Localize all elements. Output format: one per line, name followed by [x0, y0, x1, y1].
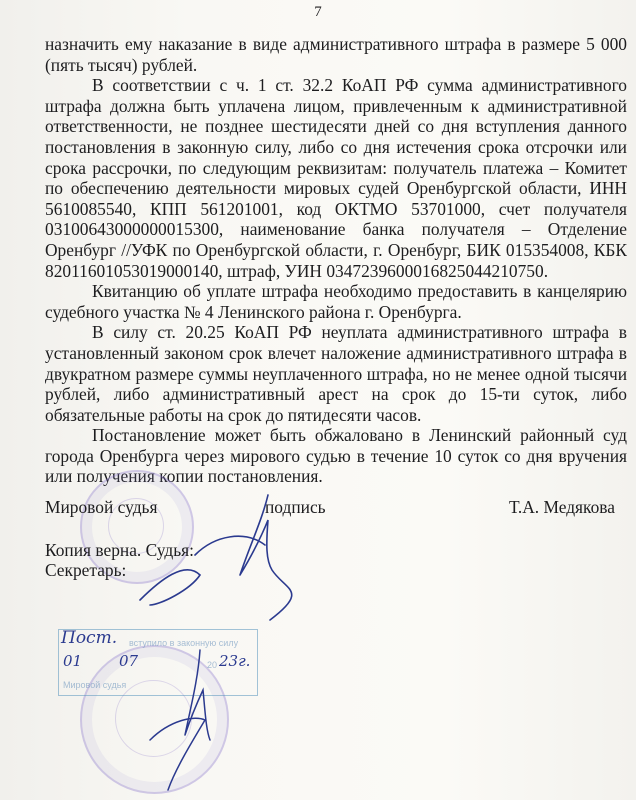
- handwritten-signatures: [0, 0, 636, 800]
- copy-signature-icon: [150, 650, 210, 790]
- judge-signature-icon: [140, 495, 292, 620]
- document-page: 7 назначить ему наказание в виде админис…: [0, 0, 636, 800]
